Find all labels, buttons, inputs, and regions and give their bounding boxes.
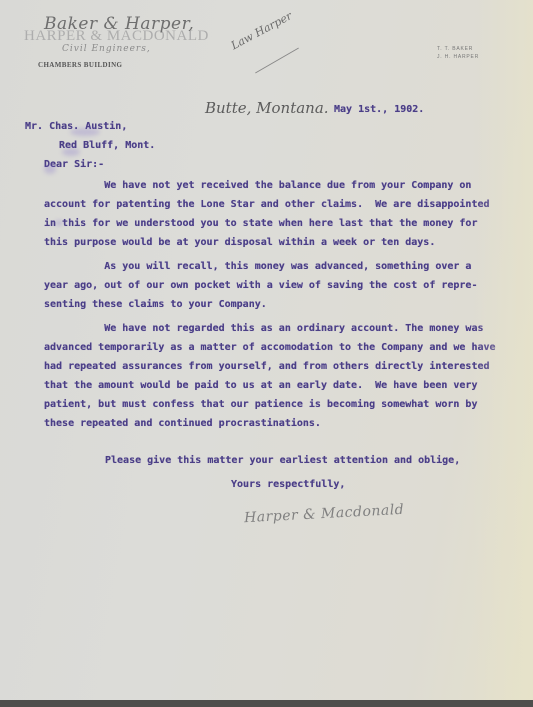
body-line: As you will recall, this money was advan… (44, 261, 471, 272)
body-line: senting these claims to your Company. (44, 299, 267, 310)
ink-smudge (44, 164, 56, 174)
pencil-annotation: Law Harper (229, 9, 294, 52)
body-line: this purpose would be at your disposal w… (44, 237, 435, 248)
letterhead-subtitle: Civil Engineers, (62, 44, 151, 54)
body-line: that the amount would be paid to us at a… (44, 380, 477, 391)
ink-smudge (62, 148, 80, 156)
body-line: patient, but must confess that our patie… (44, 399, 477, 410)
table-edge (0, 700, 533, 707)
letter-date: May 1st., 1902. (334, 104, 424, 115)
body-line: account for patenting the Lone Star and … (44, 199, 490, 210)
body-line: had repeated assurances from yourself, a… (44, 361, 490, 372)
body-line: We have not regarded this as an ordinary… (44, 323, 484, 334)
letter-page: HARPER & MACDONALD Baker & Harper, Civil… (0, 0, 533, 700)
body-line: in this for we understood you to state w… (44, 218, 477, 229)
body-line: year ago, out of our own pocket with a v… (44, 280, 477, 291)
letterhead-firm-name: Baker & Harper, (44, 14, 194, 34)
letterhead-address: CHAMBERS BUILDING (38, 61, 122, 69)
partner-name: T. T. BAKER (437, 45, 479, 53)
letterhead-partners: T. T. BAKER J. H. HARPER (437, 45, 479, 61)
pencil-underline (255, 48, 299, 74)
body-line: these repeated and continued procrastina… (44, 418, 321, 429)
signature: Harper & Macdonald (244, 502, 405, 526)
body-line: We have not yet received the balance due… (44, 180, 471, 191)
place-line: Butte, Montana. (205, 99, 329, 117)
ink-smudge (70, 128, 100, 136)
partner-name: J. H. HARPER (437, 53, 479, 61)
body-line: advanced temporarily as a matter of acco… (44, 342, 496, 353)
valediction: Yours respectfully, (231, 479, 345, 490)
closing-line: Please give this matter your earliest at… (105, 455, 460, 466)
